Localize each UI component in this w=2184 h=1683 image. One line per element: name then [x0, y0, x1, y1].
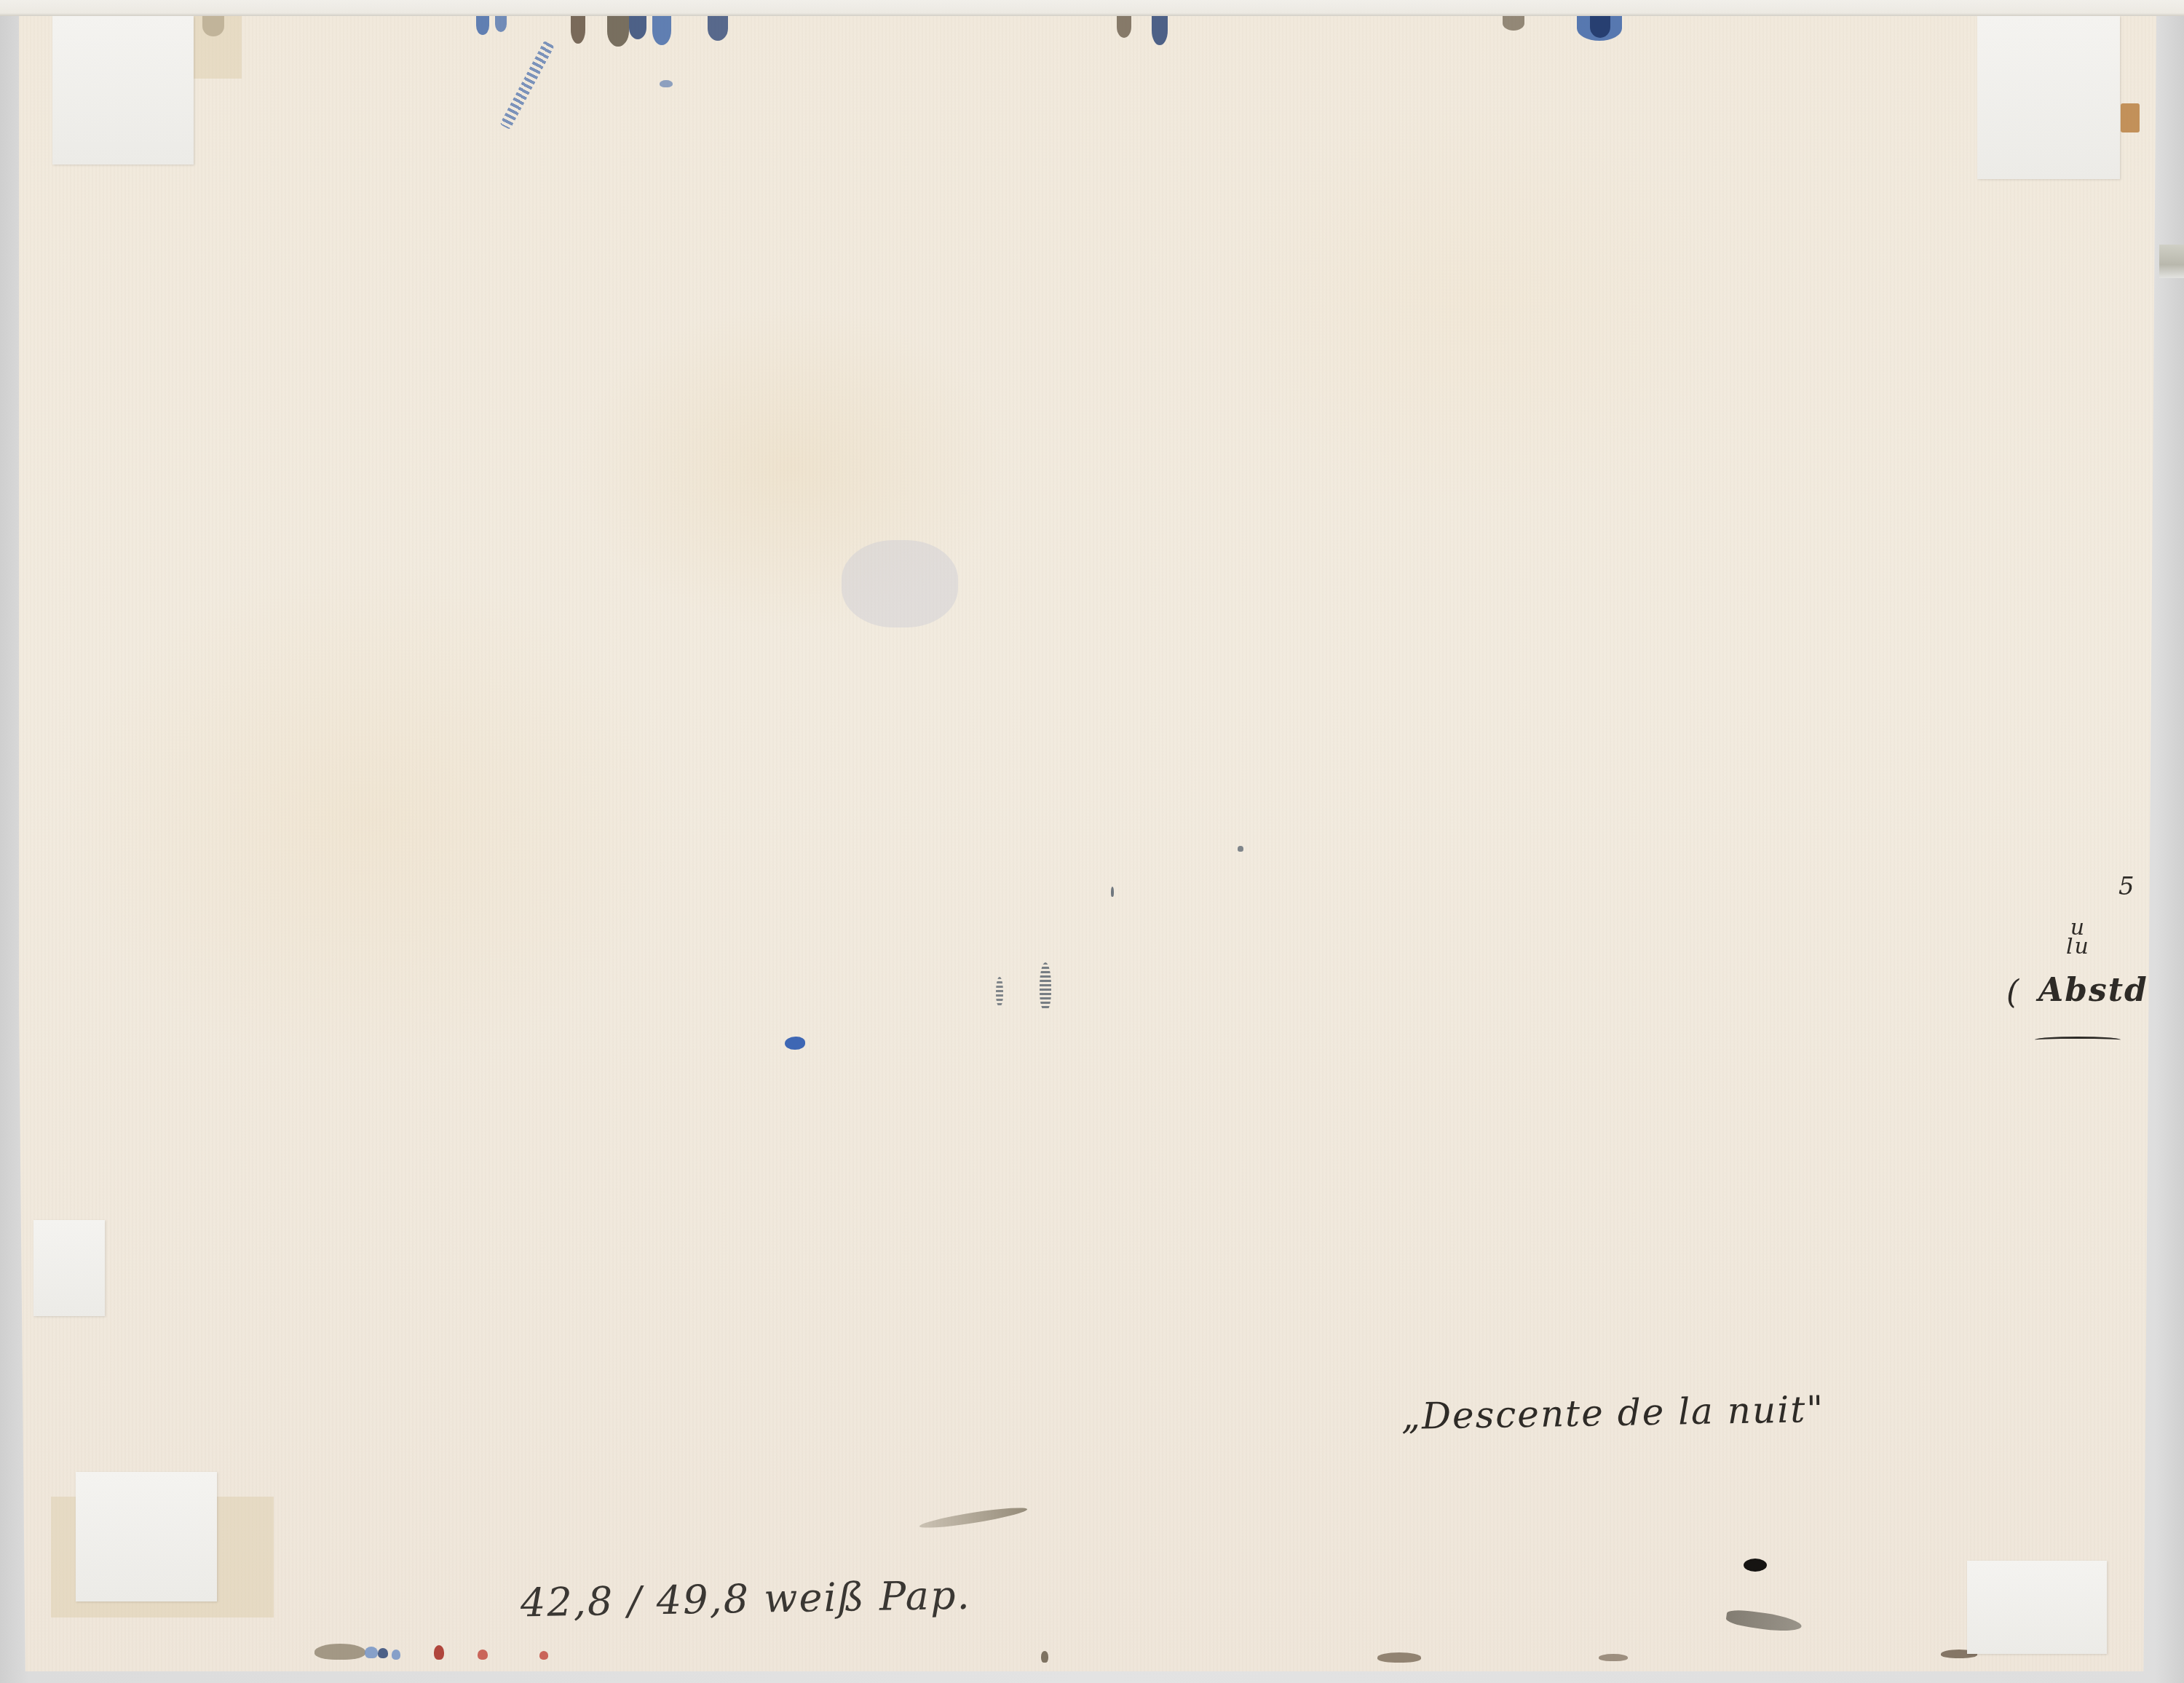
gray-brush-stroke: [919, 1504, 1028, 1531]
blue-paint-dot: [785, 1037, 805, 1050]
speckle-cluster: [1111, 887, 1114, 897]
paint-bleed-top: [1590, 16, 1610, 38]
paint-bleed-top: [1152, 16, 1168, 45]
mount-rail: [2159, 245, 2184, 278]
paper-hinge-bottom-right: [1967, 1561, 2107, 1654]
paint-bleed-top: [607, 16, 629, 47]
paint-bleed-top: [629, 16, 646, 39]
paint-bleed-top: [1117, 16, 1131, 38]
paint-bleed-top: [571, 16, 585, 44]
rust-stain: [2121, 103, 2140, 132]
paint-bleed-bottom: [539, 1651, 548, 1660]
paper-hinge-bottom-left: [76, 1472, 217, 1601]
paint-bleed-top: [1503, 16, 1524, 31]
paint-bleed-bottom: [1377, 1652, 1421, 1663]
paint-bleed-bottom: [1599, 1654, 1628, 1661]
paint-bleed-top: [708, 16, 728, 41]
paint-bleed-bottom: [1041, 1651, 1048, 1663]
dimensions-inscription: 42,8 / 49,8 weiß Pap.: [520, 1572, 971, 1626]
paper-hinge-left: [33, 1220, 105, 1316]
margin-number: 5: [2118, 872, 2136, 901]
margin-label-underline: [2035, 1037, 2121, 1043]
gray-brush-stroke: [1725, 1608, 1803, 1634]
mount-board-top-edge: [0, 0, 2184, 16]
margin-fraction: u lu: [2066, 919, 2090, 957]
gray-smudge: [842, 540, 958, 627]
margin-open-bracket: (: [2006, 974, 2020, 1011]
margin-fraction-bottom: lu: [2066, 938, 2090, 957]
title-inscription: „Descente de la nuit": [1401, 1388, 1825, 1438]
paint-bleed-bottom: [365, 1647, 378, 1658]
paper-hinge-top-right: [1977, 16, 2120, 179]
paper-hinge-top-left: [52, 16, 194, 165]
paint-bleed-top: [495, 16, 507, 32]
paint-bleed-top: [652, 16, 671, 45]
speckle-cluster: [1238, 846, 1243, 852]
paint-bleed-bottom: [378, 1648, 388, 1658]
paint-bleed-bottom: [314, 1644, 365, 1660]
margin-label: Abstd: [2038, 972, 2148, 1009]
paint-bleed-bottom: [478, 1650, 488, 1660]
speckle-cluster: [996, 977, 1003, 1006]
blue-fleck: [660, 80, 673, 87]
paint-bleed-bottom: [434, 1645, 444, 1660]
speckle-cluster: [1040, 962, 1051, 1010]
paper-sheet-verso: [19, 16, 2156, 1671]
masking-tape-top-left: [192, 16, 242, 79]
black-ink-dot: [1744, 1559, 1767, 1572]
paint-bleed-top: [476, 16, 489, 35]
paint-bleed-bottom: [392, 1650, 400, 1660]
blue-drybrush-stroke: [499, 41, 554, 130]
